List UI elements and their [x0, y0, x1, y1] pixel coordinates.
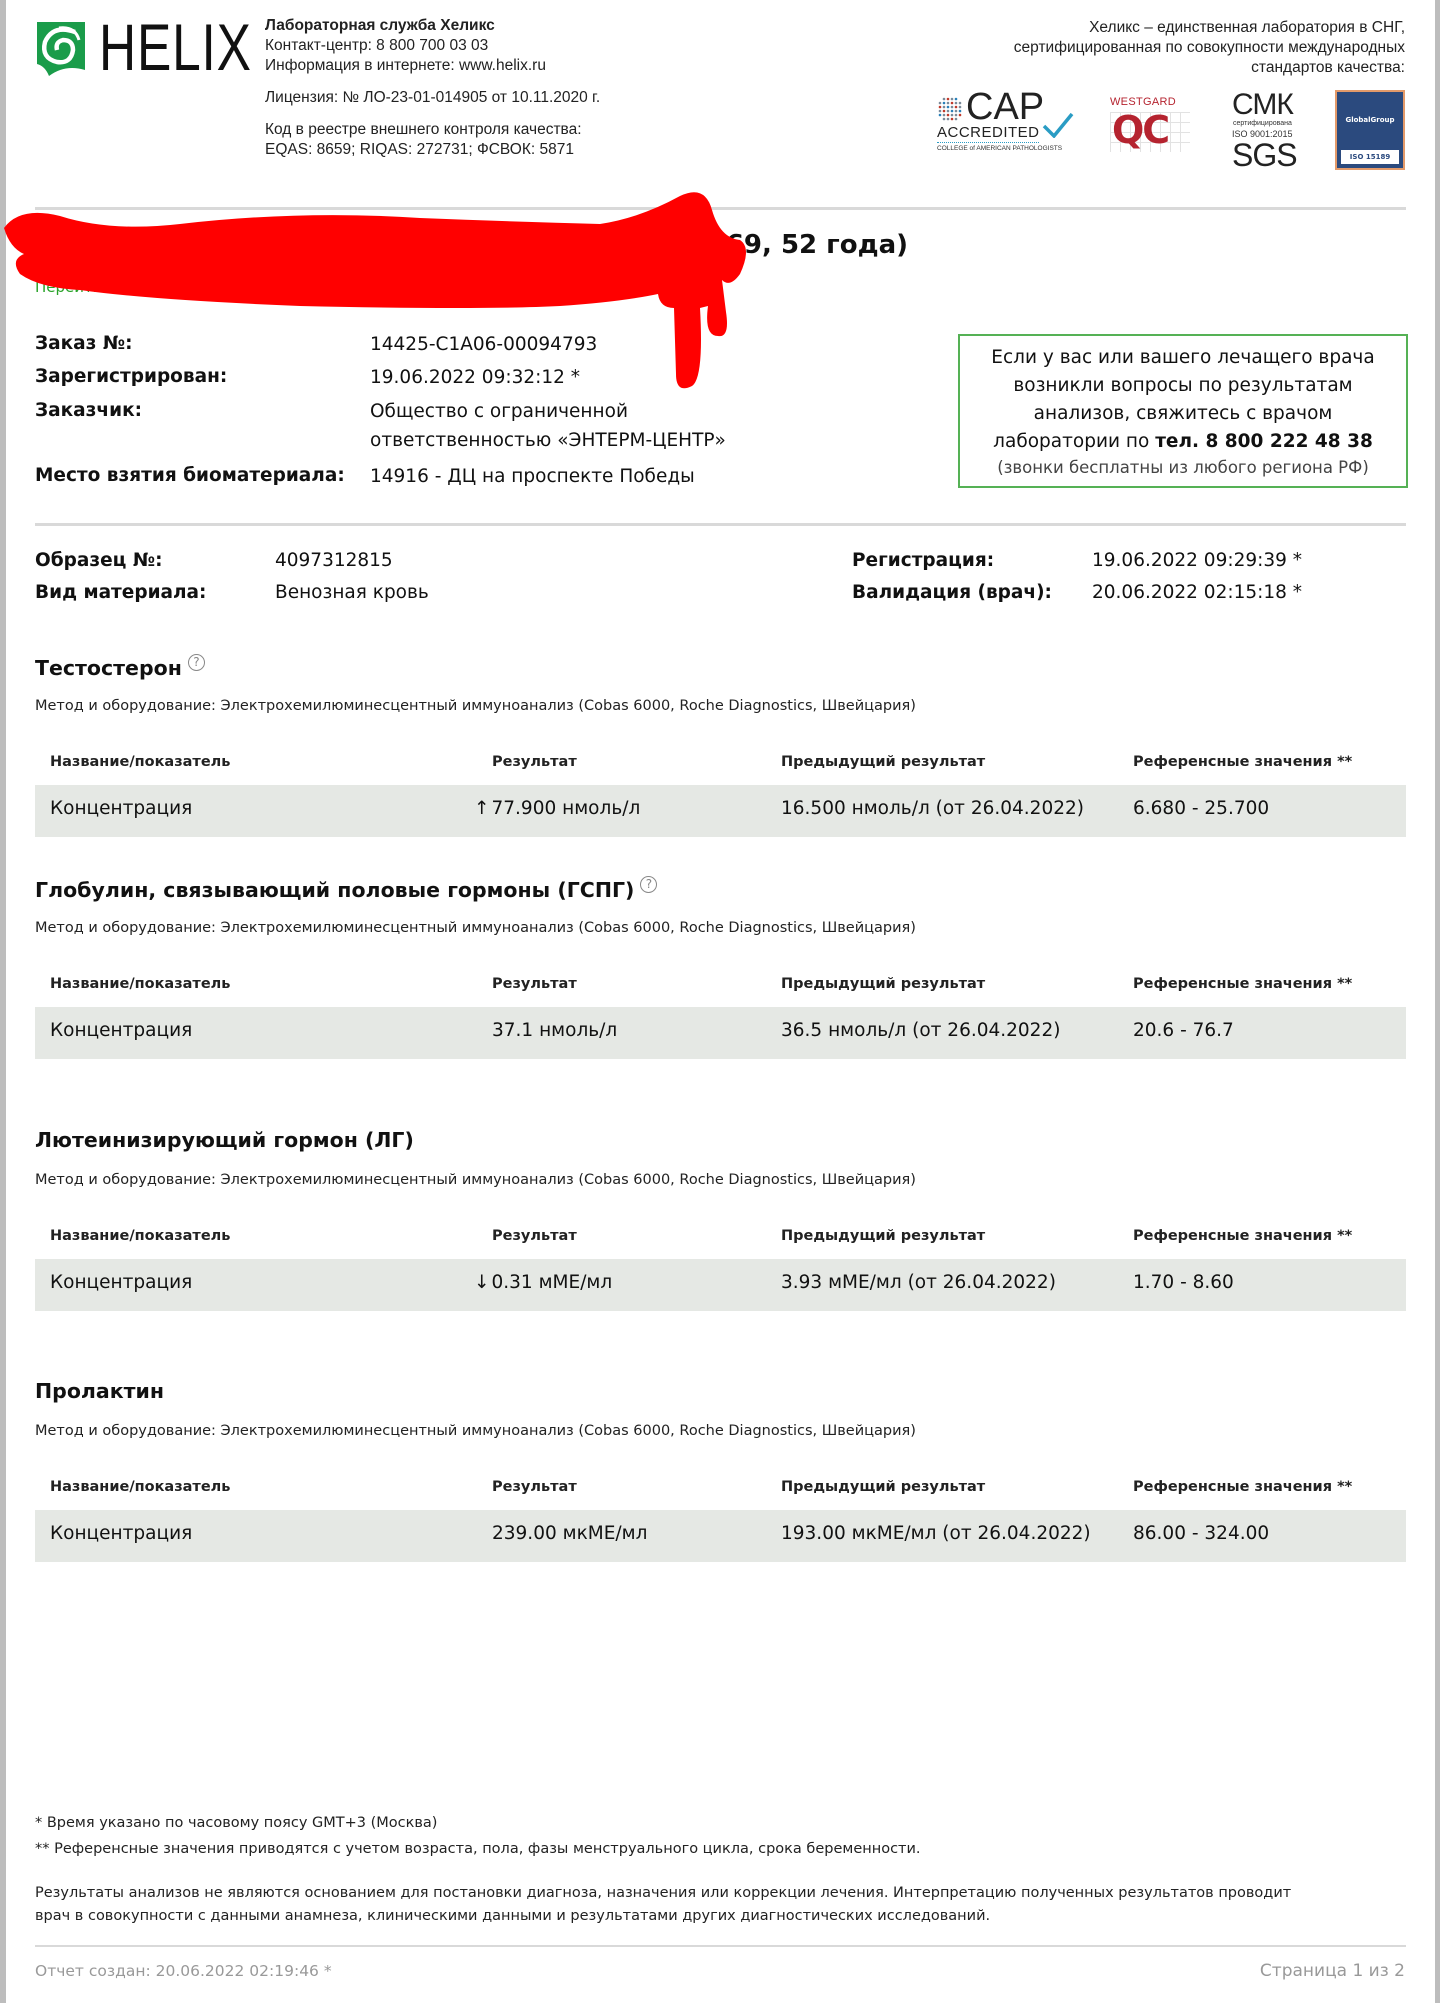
sampling-place-label: Место взятия биоматериала: [35, 465, 345, 486]
order-number-value: 14425-C1A06-00094793 [370, 330, 597, 359]
globalgroup-title: GlobalGroup [1337, 116, 1403, 124]
cell-name: Концентрация [50, 1272, 192, 1293]
cap-caption: COLLEGE of AMERICAN PATHOLOGISTS [937, 145, 1062, 152]
iso-15189-badge: ISO 15189 [1341, 150, 1399, 164]
column-header-result: Результат [492, 976, 577, 992]
material-value: Венозная кровь [275, 582, 429, 603]
website: Информация в интернете: www.helix.ru [265, 56, 600, 76]
column-header-name: Название/показатель [50, 976, 230, 992]
sample-number-value: 4097312815 [275, 550, 393, 571]
registry-code-label: Код в реестре внешнего контроля качества… [265, 120, 600, 140]
column-header-previous: Предыдущий результат [781, 1479, 985, 1495]
customer-value-line1: Общество с ограниченной [370, 397, 726, 426]
validation-value: 20.06.2022 02:15:18 * [1092, 582, 1302, 603]
cell-name: Концентрация [50, 1523, 192, 1544]
customer-label: Заказчик: [35, 400, 142, 421]
section-title-text: Лютеинизирующий гормон (ЛГ) [35, 1128, 414, 1152]
material-label: Вид материала: [35, 582, 206, 603]
cell-previous: 193.00 мкМЕ/мл (от 26.04.2022) [781, 1523, 1091, 1544]
reference-note: ** Референсные значения приводятся с уче… [35, 1841, 921, 1857]
helix-spiral-icon [35, 20, 87, 78]
cert-line: Хеликс – единственная лаборатория в СНГ, [1014, 18, 1405, 38]
report-created: Отчет создан: 20.06.2022 02:19:46 * [35, 1962, 332, 1980]
cell-result: 37.1 нмоль/л [492, 1020, 617, 1041]
westgard-mark: QC [1112, 108, 1168, 152]
sample-number-label: Образец №: [35, 550, 162, 571]
column-header-result: Результат [492, 754, 577, 770]
cell-result: 239.00 мкМЕ/мл [492, 1523, 647, 1544]
section-title-text: Пролактин [35, 1379, 164, 1403]
column-header-name: Название/показатель [50, 754, 230, 770]
column-header-previous: Предыдущий результат [781, 754, 985, 770]
disclaimer-line1: Результаты анализов не являются основани… [35, 1885, 1291, 1901]
method-text: Метод и оборудование: Электрохемилюминес… [35, 920, 916, 936]
column-header-reference: Референсные значения ** [1133, 754, 1352, 770]
result-value: 77.900 нмоль/л [492, 798, 641, 819]
right-edge-strip [1435, 0, 1440, 2003]
checkmark-icon [1042, 112, 1074, 138]
lab-info: Лабораторная служба Хеликс Контакт-центр… [265, 16, 600, 160]
cell-reference: 6.680 - 25.700 [1133, 798, 1269, 819]
license: Лицензия: № ЛО-23-01-014905 от 10.11.202… [265, 88, 600, 108]
column-header-previous: Предыдущий результат [781, 1228, 985, 1244]
customer-value-line2: ответственностью «ЭНТЕРМ-ЦЕНТР» [370, 426, 726, 455]
cell-reference: 1.70 - 8.60 [1133, 1272, 1234, 1293]
section-title: Лютеинизирующий гормон (ЛГ) [35, 1128, 414, 1152]
westgard-qc-logo: WESTGARD QC [1110, 96, 1190, 152]
helix-logo: HELIX [35, 20, 225, 80]
order-divider [35, 523, 1406, 526]
section-title: Пролактин [35, 1379, 164, 1403]
arrow-down-icon: ↓ [474, 1272, 490, 1293]
lab-name: Лабораторная служба Хеликс [265, 16, 600, 36]
logo-wordmark: HELIX [99, 14, 252, 80]
contact-prefix: лаборатории по [993, 431, 1155, 452]
cell-result: ↓0.31 мМЕ/мл [474, 1272, 612, 1293]
section-title-text: Тестостерон [35, 656, 182, 680]
column-header-reference: Референсные значения ** [1133, 1479, 1352, 1495]
section-title: Тестостерон? [35, 654, 205, 680]
column-header-previous: Предыдущий результат [781, 976, 985, 992]
column-header-reference: Референсные значения ** [1133, 976, 1352, 992]
cell-reference: 86.00 - 324.00 [1133, 1523, 1269, 1544]
doctor-phone[interactable]: тел. 8 800 222 48 38 [1155, 431, 1373, 452]
method-text: Метод и оборудование: Электрохемилюминес… [35, 1172, 916, 1188]
result-value: 239.00 мкМЕ/мл [492, 1523, 647, 1544]
order-number-label: Заказ №: [35, 333, 133, 354]
registered-label: Зарегистрирован: [35, 366, 227, 387]
help-icon[interactable]: ? [640, 876, 657, 893]
cap-divider [937, 142, 1039, 143]
smk-caption1: сертифицирована [1233, 120, 1292, 127]
cell-previous: 3.93 мМЕ/мл (от 26.04.2022) [781, 1272, 1056, 1293]
section-title: Глобулин, связывающий половые гормоны (Г… [35, 876, 657, 902]
cap-accredited-logo: CAP ACCREDITED COLLEGE of AMERICAN PATHO… [936, 94, 1076, 158]
column-header-name: Название/показатель [50, 1479, 230, 1495]
contact-line: анализов, свяжитесь с врачом [960, 400, 1406, 428]
result-value: 0.31 мМЕ/мл [492, 1272, 613, 1293]
westgard-title: WESTGARD [1110, 96, 1176, 108]
column-header-name: Название/показатель [50, 1228, 230, 1244]
contact-note: (звонки бесплатны из любого региона РФ) [960, 456, 1406, 480]
cap-subtitle: ACCREDITED [937, 124, 1040, 141]
contact-line: Если у вас или вашего лечащего врача [960, 344, 1406, 372]
cell-previous: 16.500 нмоль/л (от 26.04.2022) [781, 798, 1084, 819]
cell-reference: 20.6 - 76.7 [1133, 1020, 1234, 1041]
column-header-result: Результат [492, 1228, 577, 1244]
result-value: 37.1 нмоль/л [492, 1020, 617, 1041]
registry-codes: EQAS: 8659; RIQAS: 272731; ФСВОК: 5871 [265, 140, 600, 160]
validation-label: Валидация (врач): [852, 582, 1052, 603]
cell-name: Концентрация [50, 1020, 192, 1041]
method-text: Метод и оборудование: Электрохемилюминес… [35, 698, 916, 714]
cell-previous: 36.5 нмоль/л (от 26.04.2022) [781, 1020, 1060, 1041]
registration-value: 19.06.2022 09:29:39 * [1092, 550, 1302, 571]
cert-line: сертифицированная по совокупности междун… [1014, 38, 1405, 58]
footer-divider [35, 1945, 1406, 1947]
certification-statement: Хеликс – единственная лаборатория в СНГ,… [1014, 18, 1405, 78]
contact-line: возникли вопросы по результатам [960, 372, 1406, 400]
help-icon[interactable]: ? [188, 654, 205, 671]
contact-line: лаборатории по тел. 8 800 222 48 38 [960, 428, 1406, 456]
timezone-note: * Время указано по часовому поясу GMT+3 … [35, 1815, 437, 1831]
contact-center: Контакт-центр: 8 800 700 03 03 [265, 36, 600, 56]
registration-label: Регистрация: [852, 550, 994, 571]
cap-dots-icon [936, 96, 964, 124]
page-indicator: Страница 1 из 2 [1260, 1961, 1405, 1981]
cell-result: ↑77.900 нмоль/л [474, 798, 640, 819]
disclaimer-line2: врач в совокупности с данными анамнеза, … [35, 1908, 990, 1924]
cap-title: CAP [966, 88, 1044, 126]
smk-title: СМК [1232, 90, 1293, 120]
method-text: Метод и оборудование: Электрохемилюминес… [35, 1423, 916, 1439]
arrow-up-icon: ↑ [474, 798, 490, 819]
cell-name: Концентрация [50, 798, 192, 819]
section-title-text: Глобулин, связывающий половые гормоны (Г… [35, 878, 634, 902]
globalgroup-iso-logo: GlobalGroup ISO 15189 [1335, 90, 1405, 170]
customer-value: Общество с ограниченной ответственностью… [370, 397, 726, 455]
column-header-result: Результат [492, 1479, 577, 1495]
registered-value: 19.06.2022 09:32:12 * [370, 363, 580, 392]
column-header-reference: Референсные значения ** [1133, 1228, 1352, 1244]
sampling-place-value: 14916 - ДЦ на проспекте Победы [370, 462, 695, 491]
doctor-contact-box: Если у вас или вашего лечащего врача воз… [958, 334, 1408, 488]
cert-line: стандартов качества: [1014, 58, 1405, 78]
sgs-mark: SGS [1232, 138, 1297, 172]
smk-sgs-logo: СМК сертифицирована ISO 9001:2015 SGS [1232, 90, 1298, 172]
